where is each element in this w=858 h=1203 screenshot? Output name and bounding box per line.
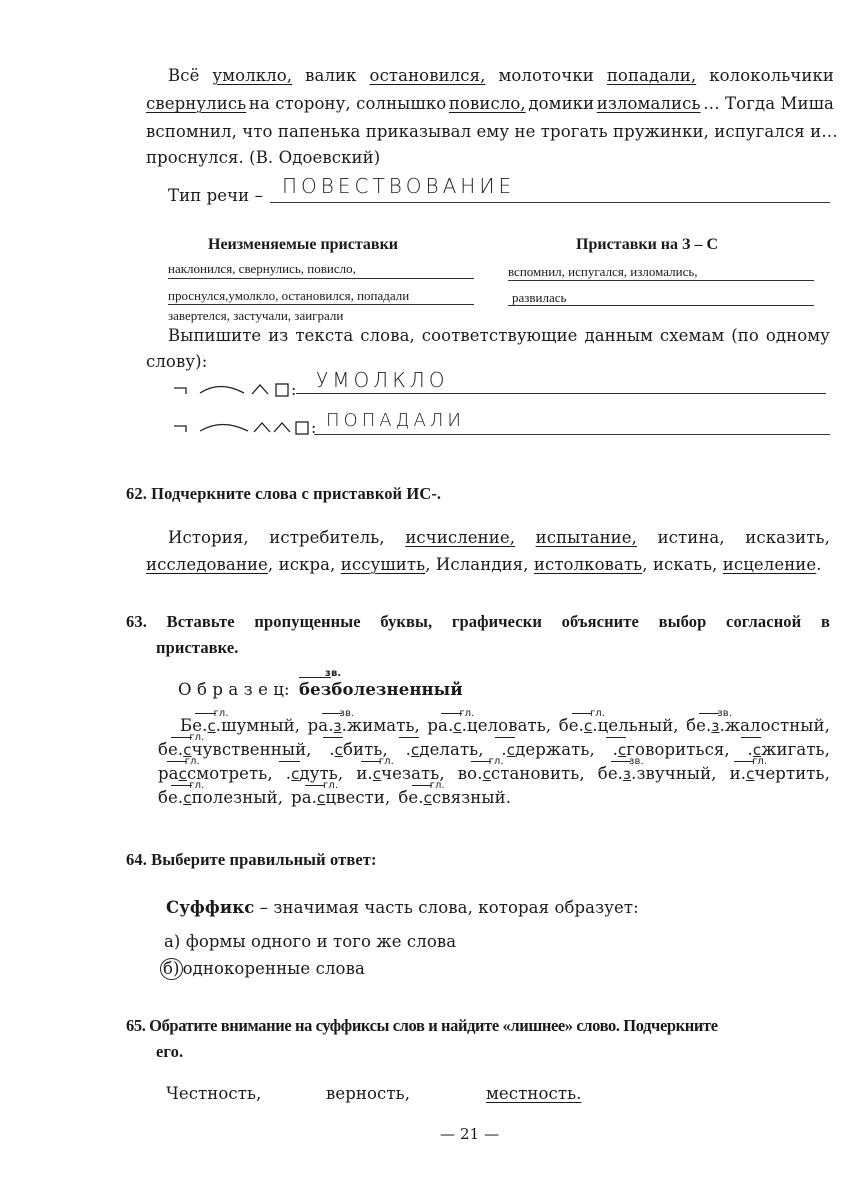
passage-word[interactable]: изломались xyxy=(597,94,701,114)
col1-header: Неизменяемые приставки xyxy=(208,236,398,254)
passage-line-2: свернулисьна сторону, солнышкоповисло,до… xyxy=(146,94,834,114)
col1-row-2: проснулся,умолкло, остановился, попадали xyxy=(168,288,409,304)
prompt-word: текста xyxy=(295,326,353,346)
scheme-1: : xyxy=(172,376,322,402)
scheme-1-line xyxy=(296,393,826,394)
speech-type-answer-line xyxy=(270,202,830,203)
task64-option-b[interactable]: б)однокоренные слова xyxy=(160,958,365,980)
exercise-word[interactable]: бе.зв.з.звучный, xyxy=(598,764,717,784)
task64-definition: Суффикс – значимая часть слова, которая … xyxy=(166,898,639,918)
morpheme-scheme-icon: : xyxy=(172,414,332,436)
exercise-word[interactable]: ра.зв.з.жимать, xyxy=(308,716,420,736)
exercise-word[interactable]: во.гл.сстановить, xyxy=(458,764,585,784)
exercise-line: бе.гл.сполезный,ра.гл.сцвести,бе.гл.ссвя… xyxy=(158,788,511,808)
inserted-letter[interactable]: с xyxy=(507,740,515,760)
exercise-word[interactable]: и.гл.счертить, xyxy=(730,764,830,784)
inserted-letter[interactable]: с xyxy=(291,764,299,784)
inserted-letter[interactable]: с xyxy=(411,740,419,760)
passage-line-3: вспомнил, что папенька приказывал ему не… xyxy=(146,122,834,142)
scheme-2-line xyxy=(314,434,830,435)
exercise-line: Бе.гл.с.шумный,ра.зв.з.жимать,ра.гл.с.це… xyxy=(180,716,830,736)
task64-option-a[interactable]: а) формы одного и того же слова xyxy=(164,932,456,952)
task62-word: История, xyxy=(168,528,249,548)
task62-word: истина, xyxy=(658,528,725,548)
passage-word: колокольчики xyxy=(709,66,834,86)
task62-line-2: исследование, искра, иссушить, Исландия,… xyxy=(146,555,822,575)
prompt-word: слова, xyxy=(360,326,415,346)
title-word: выбор xyxy=(659,612,707,632)
task62-word: , искать, xyxy=(642,555,722,574)
title-word: согласной xyxy=(726,612,801,632)
prompt-word: одному xyxy=(766,326,830,346)
option-b-text: однокоренные слова xyxy=(183,959,365,978)
morpheme-scheme-icon: : xyxy=(172,376,322,398)
col1-row-1: наклонился, свернулись, повисло, xyxy=(168,261,356,277)
inserted-letter[interactable]: зв.з xyxy=(711,716,719,736)
col1-row-2-line xyxy=(168,304,474,305)
passage-word: валик xyxy=(305,66,356,86)
task62-word[interactable]: истолковать xyxy=(534,555,642,574)
passage: Всёумолкло,валикостановился,молоточкипоп… xyxy=(168,66,834,86)
scheme-2: : xyxy=(172,414,332,440)
task62-word[interactable]: испытание, xyxy=(536,528,637,548)
sample-word-prefix: зв. без xyxy=(299,680,331,700)
inserted-letter[interactable]: гл.с xyxy=(584,716,592,736)
task65-word-2[interactable]: верность, xyxy=(326,1084,410,1104)
exercise-word[interactable]: ра.гл.с.целовать, xyxy=(427,716,551,736)
task62-word: истребитель, xyxy=(269,528,384,548)
exercise-word[interactable]: бе.зв.з.жалостный, xyxy=(686,716,830,736)
col2-row-2: развилась xyxy=(512,290,566,306)
task62-title: 62. Подчеркните слова с приставкой ИС-. xyxy=(126,484,441,504)
exercise-word[interactable]: .сдержать, xyxy=(501,740,594,760)
passage-word[interactable]: свернулись xyxy=(146,94,246,114)
scheme-1-answer[interactable]: УМОЛКЛО xyxy=(316,368,448,392)
task62-word: , искра, xyxy=(268,555,341,574)
option-a-label: а) xyxy=(164,932,180,951)
prompt-word: соответствующие xyxy=(422,326,578,346)
sample-label: О б р а з е ц: xyxy=(178,680,290,699)
inserted-letter[interactable]: гл.с xyxy=(179,764,187,784)
task65-title-line-2: его. xyxy=(156,1042,183,1062)
title-word: Вставьте xyxy=(167,612,235,632)
inserted-letter[interactable]: гл.с xyxy=(746,764,754,784)
col1-row-3: завертелся, застучали, заиграли xyxy=(168,308,343,324)
option-a-text: формы одного и того же слова xyxy=(180,932,456,951)
prompt-word: из xyxy=(268,326,288,346)
exercise-word[interactable]: бе.гл.ссвязный. xyxy=(398,788,511,807)
exercise-word[interactable]: ра.гл.сцвести, xyxy=(291,788,390,807)
col2-row-1: вспомнил, испугался, изломались, xyxy=(508,264,698,280)
passage-word: на сторону, солнышко xyxy=(249,94,446,114)
prompt-word: схемам xyxy=(660,326,724,346)
title-word: 63. xyxy=(126,612,147,632)
passage-word[interactable]: повисло, xyxy=(449,94,526,114)
inserted-letter[interactable]: с xyxy=(335,740,343,760)
col2-row-2-line xyxy=(508,305,814,306)
passage-word: домики xyxy=(528,94,594,114)
option-b-selected-circle: б) xyxy=(160,958,183,980)
col2-row-1-line xyxy=(508,280,814,281)
exercise-word[interactable]: .сделать, xyxy=(406,740,484,760)
title-word: буквы, xyxy=(380,612,432,632)
passage-word[interactable]: попадали, xyxy=(607,66,696,86)
inserted-letter[interactable]: гл.с xyxy=(183,788,191,808)
task62-word: , Исландия, xyxy=(425,555,534,574)
task65-word-1[interactable]: Честность, xyxy=(166,1084,261,1104)
col2-header: Приставки на З – С xyxy=(576,236,718,254)
task62-word[interactable]: иссушить xyxy=(341,555,425,574)
inserted-letter[interactable]: гл.с xyxy=(424,788,432,808)
exercise-word[interactable]: бе.гл.сполезный, xyxy=(158,788,283,807)
task62-word: . xyxy=(816,555,821,574)
inserted-letter[interactable]: гл.с xyxy=(483,764,491,784)
task63-sample: О б р а з е ц: зв. безболезненный xyxy=(178,680,463,700)
task62-word[interactable]: исчисление, xyxy=(405,528,515,548)
exercise-word[interactable]: рагл.ссмотреть, xyxy=(158,764,273,784)
task62-line-1: История,истребитель,исчисление,испытание… xyxy=(168,528,830,548)
sample-word-rest: болезненный xyxy=(331,680,462,699)
task65-word-3[interactable]: местность. xyxy=(486,1084,582,1104)
page-number: — 21 — xyxy=(440,1124,499,1144)
exercise-word[interactable]: бе.гл.счувственный, xyxy=(158,740,312,760)
inserted-letter[interactable]: гл.с xyxy=(317,788,325,808)
task63-title-line-2: приставке. xyxy=(156,638,239,658)
definition-rest: – значимая часть слова, которая образует… xyxy=(254,898,638,917)
prompt-word: Выпишите xyxy=(168,326,261,346)
inserted-letter[interactable]: гл.с xyxy=(373,764,381,784)
passage-word[interactable]: остановился, xyxy=(370,66,486,86)
inserted-letter[interactable]: гл.с xyxy=(207,716,215,736)
prompt-word: (по xyxy=(731,326,759,346)
task63-title-line-1: 63.Вставьтепропущенныебуквы,графическиоб… xyxy=(126,612,830,632)
task62-word[interactable]: исцеление xyxy=(723,555,817,574)
definition-term: Суффикс xyxy=(166,898,254,917)
inserted-letter[interactable]: зв.з xyxy=(334,716,342,736)
passage-word[interactable]: умолкло, xyxy=(212,66,292,86)
passage-word: … Тогда Миша xyxy=(703,94,834,114)
exercise-word[interactable]: бе.гл.с.цельный, xyxy=(559,716,679,736)
inserted-letter[interactable]: с xyxy=(618,740,626,760)
inserted-letter[interactable]: зв.з xyxy=(623,764,631,784)
passage-line-1: Всёумолкло,валикостановился,молоточкипоп… xyxy=(168,66,834,86)
task62-word[interactable]: исследование xyxy=(146,555,268,574)
scheme-prompt-line-2: слову): xyxy=(146,352,207,372)
inserted-letter[interactable]: гл.с xyxy=(453,716,461,736)
passage-word: молоточки xyxy=(498,66,593,86)
title-word: пропущенные xyxy=(254,612,360,632)
task65-title-line-1: 65. Обратите внимание на суффиксы слов и… xyxy=(126,1016,718,1036)
passage-word: Всё xyxy=(168,66,199,86)
task64-title: 64. Выберите правильный ответ: xyxy=(126,850,377,870)
col1-row-1-line xyxy=(168,278,474,279)
prompt-word: данным xyxy=(584,326,653,346)
passage-line-4: проснулся. (В. Одоевский) xyxy=(146,148,380,168)
speech-type-answer[interactable]: ПОВЕСТВОВАНИЕ xyxy=(282,174,515,198)
task62-word: исказить, xyxy=(745,528,830,548)
title-word: графически xyxy=(452,612,542,632)
title-word: объясните xyxy=(562,612,639,632)
exercise-line: рагл.ссмотреть,.сдуть,и.гл.счезать,во.гл… xyxy=(158,764,830,784)
speech-type-label: Тип речи – xyxy=(168,186,263,206)
scheme-prompt-line-1: Выпишитеизтекстаслова,соответствующиедан… xyxy=(168,326,830,346)
scheme-2-answer[interactable]: ПОПАДАЛИ xyxy=(326,410,465,431)
svg-text::: : xyxy=(291,380,296,398)
title-word: в xyxy=(821,612,830,632)
